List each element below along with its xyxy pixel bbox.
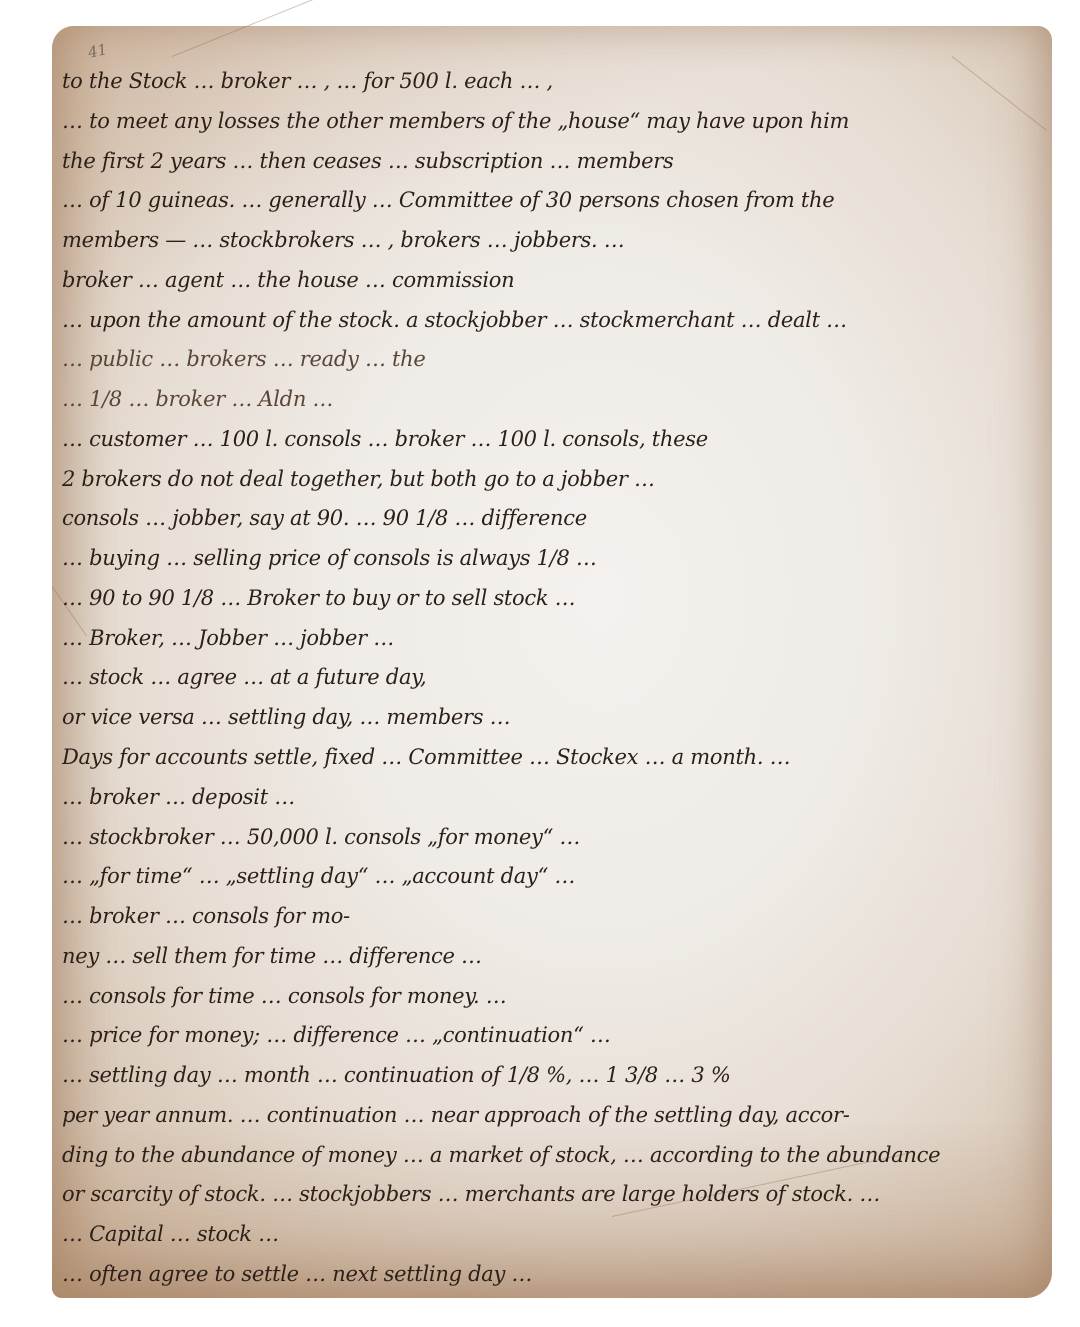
text-line: … public … brokers … ready … the [62,340,1047,380]
text-line: … buying … selling price of consols is a… [62,539,1047,579]
text-line: broker … agent … the house … commission [62,261,1047,301]
text-line: 2 brokers do not deal together, but both… [62,460,1047,500]
text-line: … 1/8 … broker … Aldn … [62,380,1047,420]
text-line: … broker … deposit … [62,778,1047,818]
text-line: … „for time“ … „settling day“ … „account… [62,857,1047,897]
text-line: the first 2 years … then ceases … subscr… [62,142,1047,182]
text-line: per year annum. … continuation … near ap… [62,1096,1047,1136]
text-line: or vice versa … settling day, … members … [62,698,1047,738]
text-line: consols … jobber, say at 90. … 90 1/8 … … [62,499,1047,539]
text-line: … often agree to settle … next settling … [62,1255,1047,1295]
text-line: … Capital … stock … [62,1215,1047,1255]
text-line: … stock … agree … at a future day, [62,658,1047,698]
text-line: … 90 to 90 1/8 … Broker to buy or to sel… [62,579,1047,619]
text-line: or scarcity of stock. … stockjobbers … m… [62,1175,1047,1215]
text-line: members — … stockbrokers … , brokers … j… [62,221,1047,261]
text-line: … Broker, … Jobber … jobber … [62,619,1047,659]
manuscript-text: to the Stock … broker … , … for 500 l. e… [62,62,1047,1295]
text-line: … price for money; … difference … „conti… [62,1016,1047,1056]
paper-crease [172,0,395,57]
text-line: … to meet any losses the other members o… [62,102,1047,142]
text-line: … stockbroker … 50,000 l. consols „for m… [62,818,1047,858]
text-line: … settling day … month … continuation of… [62,1056,1047,1096]
text-line: … of 10 guineas. … generally … Committee… [62,181,1047,221]
text-line: ding to the abundance of money … a marke… [62,1136,1047,1176]
text-line: Days for accounts settle, fixed … Commit… [62,738,1047,778]
text-line: ney … sell them for time … difference … [62,937,1047,977]
text-line: … broker … consols for mo- [62,897,1047,937]
text-line: … upon the amount of the stock. a stockj… [62,301,1047,341]
text-line: to the Stock … broker … , … for 500 l. e… [62,62,1047,102]
text-line: … customer … 100 l. consols … broker … 1… [62,420,1047,460]
text-line: … consols for time … consols for money. … [62,977,1047,1017]
